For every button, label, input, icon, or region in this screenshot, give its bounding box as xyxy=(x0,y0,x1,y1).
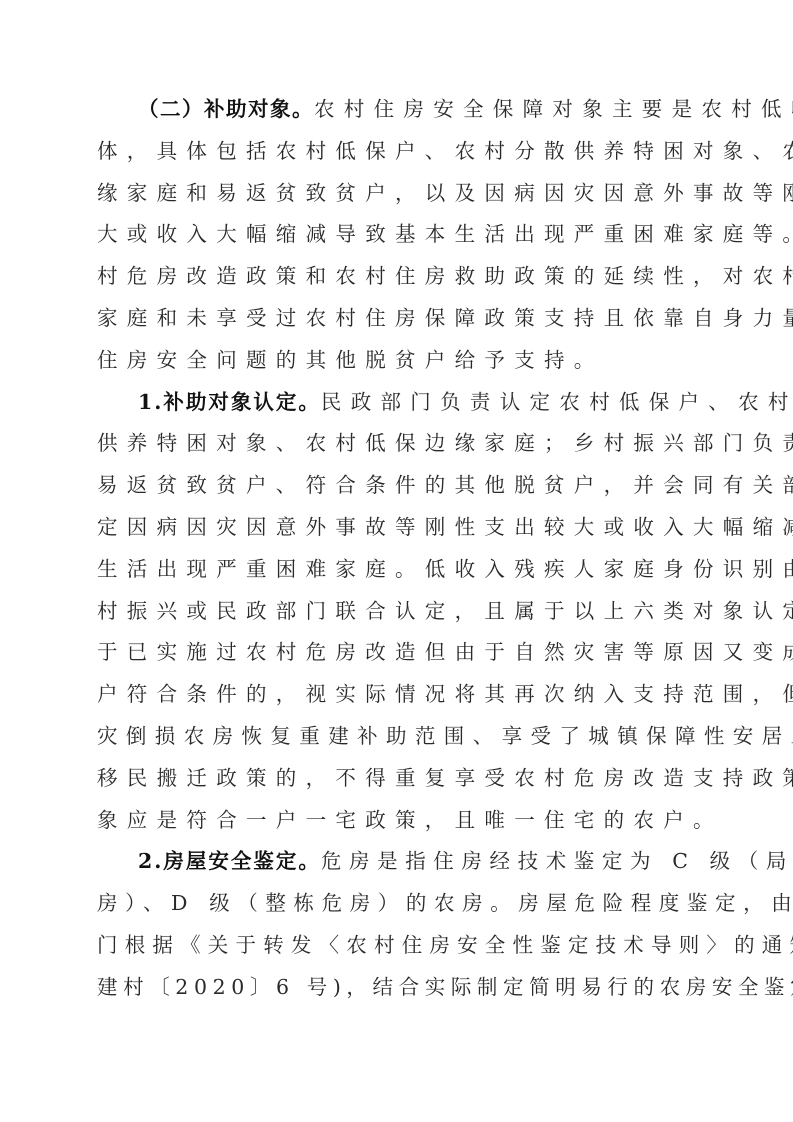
section-heading: （二）补助对象。 xyxy=(138,97,314,121)
paragraph-text: 民政部门负责认定农村低保户、农村分散 xyxy=(321,390,793,414)
paragraph-line: 建村〔2020〕6 号)，结合实际制定简明易行的农房安全鉴定办法， xyxy=(97,967,700,1009)
paragraph-line: 定因病因灾因意外事故等刚性支出较大或收入大幅缩减导致基本 xyxy=(97,507,700,549)
subsection-heading: 1.补助对象认定。 xyxy=(138,390,321,414)
paragraph-line: （二）补助对象。农村住房安全保障对象主要是农村低收入群 xyxy=(97,89,700,131)
paragraph-line: 门根据《关于转发〈农村住房安全性鉴定技术导则〉的通知》（赣 xyxy=(97,925,700,967)
paragraph-line: 于已实施过农村危房改造但由于自然灾害等原因又变成危房且农 xyxy=(97,632,700,674)
paragraph-line: 房）、D 级（整栋危房）的农房。房屋危险程度鉴定，由区住建部 xyxy=(97,883,700,925)
paragraph-line: 移民搬迁政策的，不得重复享受农村危房改造支持政策。补助对 xyxy=(97,758,700,800)
paragraph-line: 供养特困对象、农村低保边缘家庭；乡村振兴部门负责认定农村 xyxy=(97,423,700,465)
paragraph-line: 村危房改造政策和农村住房救助政策的延续性，对农村低保边缘 xyxy=(97,256,700,298)
paragraph-line: 住房安全问题的其他脱贫户给予支持。 xyxy=(97,340,700,382)
document-body: （二）补助对象。农村住房安全保障对象主要是农村低收入群 体，具体包括农村低保户、… xyxy=(97,89,700,1009)
paragraph-line: 象应是符合一户一宅政策，且唯一住宅的农户。 xyxy=(97,800,700,842)
paragraph-text: 农村住房安全保障对象主要是农村低收入群 xyxy=(314,97,793,121)
paragraph-line: 大或收入大幅缩减导致基本生活出现严重困难家庭等。为保障农 xyxy=(97,214,700,256)
paragraph-line: 体，具体包括农村低保户、农村分散供养特困对象、农村低保边 xyxy=(97,131,700,173)
paragraph-line: 缘家庭和易返贫致贫户，以及因病因灾因意外事故等刚性支出较 xyxy=(97,173,700,215)
paragraph-line: 易返贫致贫户、符合条件的其他脱贫户，并会同有关部门负责认 xyxy=(97,465,700,507)
paragraph-line: 家庭和未享受过农村住房保障政策支持且依靠自身力量无法解决 xyxy=(97,298,700,340)
paragraph-line: 生活出现严重困难家庭。低收入残疾人家庭身份识别由残联商乡 xyxy=(97,549,700,591)
paragraph-line: 2.房屋安全鉴定。危房是指住房经技术鉴定为 C 级（局部危 xyxy=(97,841,700,883)
paragraph-line: 村振兴或民政部门联合认定，且属于以上六类对象认定范围。对 xyxy=(97,591,700,633)
paragraph-text: 危房是指住房经技术鉴定为 C 级（局部危 xyxy=(321,849,793,873)
subsection-heading: 2.房屋安全鉴定。 xyxy=(138,849,321,873)
paragraph-line: 1.补助对象认定。民政部门负责认定农村低保户、农村分散 xyxy=(97,382,700,424)
paragraph-line: 户符合条件的，视实际情况将其再次纳入支持范围，但已纳入因 xyxy=(97,674,700,716)
paragraph-line: 灾倒损农房恢复重建补助范围、享受了城镇保障性安居工程政策、 xyxy=(97,716,700,758)
document-page: （二）补助对象。农村住房安全保障对象主要是农村低收入群 体，具体包括农村低保户、… xyxy=(0,0,793,1122)
